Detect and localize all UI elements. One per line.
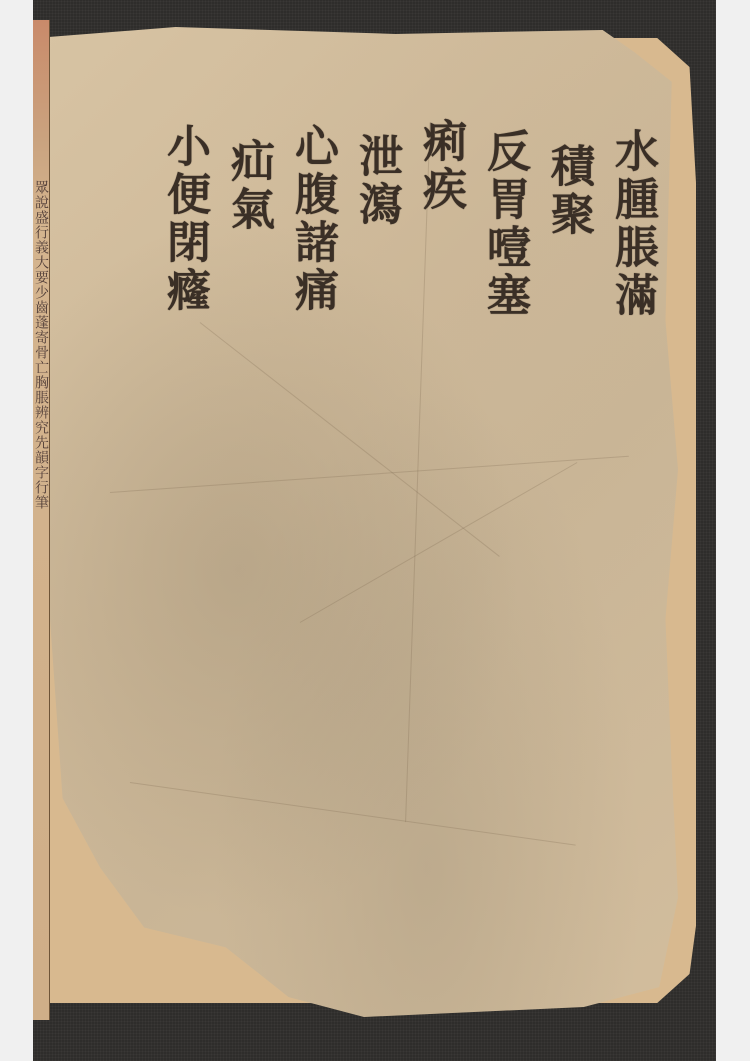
column-8: 小便閉癃 [158,123,210,320]
paper-crease [110,456,629,493]
column-6: 心腹諸痛 [286,123,338,320]
column-2: 積聚 [542,143,594,320]
column-7: 疝氣 [222,138,274,320]
column-3: 反胃噎塞 [478,128,530,320]
paper-crease [200,322,500,557]
column-1: 水腫脹滿 [606,128,658,320]
paper-crease [130,782,576,846]
column-4: 痢疾 [414,118,466,320]
spine-handwritten-text: 眾說盛行義大要少齒蓬寄骨亡胸脹辨究先韻字行筆 [33,180,49,1000]
column-5: 泄瀉 [350,133,402,320]
text-columns: 水腫脹滿 積聚 反胃噎塞 痢疾 泄瀉 心腹諸痛 疝氣 小便閉癃 [158,118,658,320]
paper-crease [300,462,578,623]
